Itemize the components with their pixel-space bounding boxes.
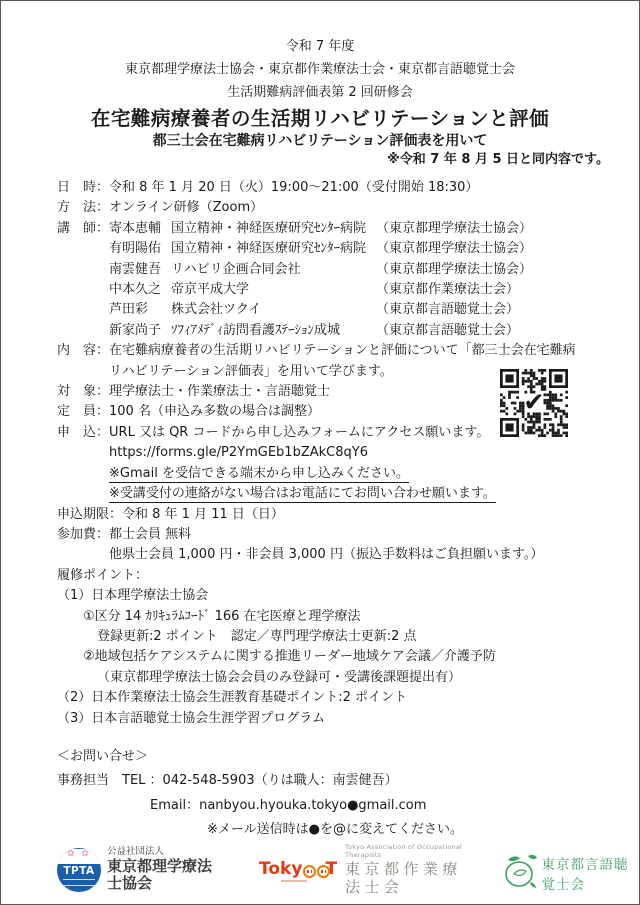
page-subtitle: 都三士会在宅難病リハビリテーション評価表を用いて bbox=[1, 132, 639, 151]
points-item: ②地域包括ケアシステムに関する推進リーダー地域ケア会議／介護予防 bbox=[57, 647, 613, 667]
ot-micro-caption bbox=[281, 880, 307, 882]
contact-heading: ＜お問い合せ＞ bbox=[57, 745, 639, 769]
fiscal-year: 令和 7 年度 bbox=[1, 35, 639, 58]
indent-spacer bbox=[57, 260, 109, 280]
fee-member: 都士会員 無料 bbox=[109, 527, 191, 542]
method-label: 方 法： bbox=[57, 200, 109, 215]
lecturer-name: 南雲健吾 bbox=[109, 260, 171, 280]
deadline-label: 申込期限： bbox=[57, 507, 122, 522]
fee-row: 参加費：都士会員 無料 bbox=[57, 525, 613, 545]
ot-org-name-en: Tokyo Association of Occupational Therap… bbox=[345, 844, 473, 860]
method-value: オンライン研修（Zoom） bbox=[109, 200, 263, 215]
series-name: 生活期難病評価表第 2 回研修会 bbox=[1, 81, 639, 104]
lecturer-name: 有明陽佑 bbox=[109, 239, 171, 259]
lecturer-org: 帝京平成大学 bbox=[171, 280, 376, 300]
datetime-value: 令和 8 年 1 月 20 日（火）19:00～21:00（受付開始 18:30… bbox=[109, 180, 478, 195]
points-item: （2）日本作業療法士協会生涯教育基礎ポイント:2 ポイント bbox=[57, 688, 613, 708]
datetime-row: 日 時：令和 8 年 1 月 20 日（火）19:00～21:00（受付開始 1… bbox=[57, 178, 613, 198]
datetime-label: 日 時： bbox=[57, 180, 109, 195]
points-item: 登録更新:2 ポイント 認定／専門理学療法士更新:2 点 bbox=[57, 627, 613, 647]
apply-note-gmail: ※Gmail を受信できる端末から申し込みください。 bbox=[57, 464, 613, 484]
lecturer-name: 寄本恵輔 bbox=[109, 219, 171, 239]
lecturer-org: 国立精神・神経医療研究ｾﾝﾀｰ病院 bbox=[171, 219, 376, 239]
lecturer-name: 芦田彩 bbox=[109, 300, 171, 320]
target-value: 理学療法士・作業療法士・言語聴覚士 bbox=[109, 384, 330, 399]
lecturer-name: 中本久之 bbox=[109, 280, 171, 300]
points-heading: 履修ポイント： bbox=[57, 566, 613, 586]
same-content-note: ※令和 7 年 8 月 5 日と同内容です。 bbox=[1, 151, 639, 169]
lecturer-affiliation: （東京都言語聴覚士会） bbox=[376, 300, 519, 320]
lecturer-row: 芦田彩 株式会社ツクイ （東京都言語聴覚士会） bbox=[57, 300, 613, 320]
tpta-badge-text: TPTA bbox=[57, 865, 101, 877]
lecturer-row: 南雲健吾 リハビリ企画合同会社 （東京都理学療法士協会） bbox=[57, 260, 613, 280]
badge-stripes bbox=[63, 879, 95, 886]
deadline-row: 申込期限：令和 8 年 1 月 11 日（日） bbox=[57, 505, 613, 525]
lecturer-affiliation: （東京都理学療法士協会） bbox=[376, 260, 532, 280]
lecturer-affiliation: （東京都言語聴覚士会） bbox=[376, 321, 519, 341]
lecturer-row: 有明陽佑 国立精神・神経医療研究ｾﾝﾀｰ病院 （東京都理学療法士協会） bbox=[57, 239, 613, 259]
flyer-page: 令和 7 年度 東京都理学療法士協会・東京都作業療法士会・東京都言語聴覚士会 生… bbox=[0, 0, 640, 905]
ot-association-logo: Toky T Tokyo Association of Occupational… bbox=[259, 844, 473, 896]
fee-label: 参加費： bbox=[57, 527, 109, 542]
points-item: （3）日本言語聴覚士協会生涯学習プログラム bbox=[57, 709, 613, 729]
tokyoot-logo-icon: Toky T bbox=[259, 861, 337, 878]
email-value: nanbyou.hyouka.tokyo●gmail.com bbox=[199, 798, 426, 813]
method-row: 方 法：オンライン研修（Zoom） bbox=[57, 198, 613, 218]
cherry-blossom-icon: ✿ ✿ bbox=[57, 849, 101, 864]
lecturer-row: 中本久之 帝京平成大学 （東京都作業療法士会） bbox=[57, 280, 613, 300]
target-label: 対 象： bbox=[57, 384, 109, 399]
apply-value: URL 又は QR コードから申し込みフォームにアクセス願います。 bbox=[109, 425, 489, 440]
footer-logos: ✿ ✿ TPTA 公益社団法人 東京都理学療法士協会 Toky T Tokyo … bbox=[1, 844, 640, 896]
lecturer-org: ｿﾌｨｱﾒﾃﾞｨ訪問看護ｽﾃｰｼｮﾝ成城 bbox=[171, 321, 376, 341]
pt-text: 公益社団法人 東京都理学療法士協会 bbox=[107, 847, 221, 892]
body: 日 時：令和 8 年 1 月 20 日（火）19:00～21:00（受付開始 1… bbox=[1, 178, 639, 729]
ot-org-name: 東京都作業療法士会 bbox=[345, 860, 473, 896]
lecturer-org: 株式会社ツクイ bbox=[171, 300, 376, 320]
indent-spacer bbox=[57, 321, 109, 341]
points-item: ①区分 14 ｶﾘｷｭﾗﾑｺｰﾄﾞ 166 在宅医療と理学療法 bbox=[57, 607, 613, 627]
st-association-logo: 東京都言語聴覚士会 bbox=[500, 847, 640, 893]
page-title: 在宅難病療養者の生活期リハビリテーションと評価 bbox=[1, 106, 639, 132]
lecturer-row: 講 師： 寄本恵輔 国立精神・神経医療研究ｾﾝﾀｰ病院 （東京都理学療法士協会） bbox=[57, 219, 613, 239]
content-row: 内 容：在宅難病療養者の生活期リハビリテーションと評価について「都三士会在宅難病 bbox=[57, 341, 613, 361]
indent-spacer bbox=[57, 300, 109, 320]
st-bird-logo-icon bbox=[500, 848, 540, 892]
ot-text: Tokyo Association of Occupational Therap… bbox=[345, 844, 473, 896]
content-text: 在宅難病療養者の生活期リハビリテーションと評価について「都三士会在宅難病 bbox=[109, 343, 576, 358]
deadline-value: 令和 8 年 1 月 11 日（日） bbox=[122, 507, 284, 522]
pt-org-name: 東京都理学療法士協会 bbox=[107, 858, 221, 893]
pt-association-logo: ✿ ✿ TPTA 公益社団法人 東京都理学療法士協会 bbox=[57, 847, 221, 892]
lecturer-affiliation: （東京都理学療法士協会） bbox=[376, 219, 532, 239]
fee-row-cont: 他県士会員 1,000 円・非会員 3,000 円（振込手数料はご負担願います。… bbox=[57, 545, 613, 565]
lecturer-org: 国立精神・神経医療研究ｾﾝﾀｰ病院 bbox=[171, 239, 376, 259]
header: 令和 7 年度 東京都理学療法士協会・東京都作業療法士会・東京都言語聴覚士会 生… bbox=[1, 1, 639, 169]
points-item: （1）日本理学療法士協会 bbox=[57, 586, 613, 606]
capacity-value: 100 名（申込み多数の場合は調整） bbox=[109, 404, 320, 419]
indent-spacer bbox=[57, 280, 109, 300]
contact-email: Email：nanbyou.hyouka.tokyo●gmail.com bbox=[57, 794, 639, 818]
lecturer-affiliation: （東京都理学療法士協会） bbox=[376, 239, 532, 259]
qr-code: ✔ bbox=[500, 369, 568, 437]
content-label: 内 容： bbox=[57, 343, 109, 358]
tpta-logo-icon: ✿ ✿ TPTA bbox=[57, 848, 101, 892]
apply-label: 申 込： bbox=[57, 425, 109, 440]
lecturer-label: 講 師： bbox=[57, 219, 109, 239]
apply-url[interactable]: https://forms.gle/P2YmGEb1bZAkC8qY6 bbox=[57, 443, 613, 463]
apply-note-phone: ※受講受付の連絡がない場合はお電話にてお問い合わせ願います。 bbox=[57, 484, 613, 504]
organizers: 東京都理学療法士協会・東京都作業療法士会・東京都言語聴覚士会 bbox=[1, 58, 639, 81]
lecturer-row: 新家尚子 ｿﾌｨｱﾒﾃﾞｨ訪問看護ｽﾃｰｼｮﾝ成城 （東京都言語聴覚士会） bbox=[57, 321, 613, 341]
contact-email-note: ※メール送信時は●を@に変えてください。 bbox=[57, 818, 639, 842]
ot-face-icon bbox=[303, 865, 316, 878]
check-icon: ✔ bbox=[523, 387, 544, 417]
email-label: Email： bbox=[150, 798, 199, 813]
lecturer-affiliation: （東京都作業療法士会） bbox=[376, 280, 519, 300]
indent-spacer bbox=[57, 239, 109, 259]
points-item: （東京都理学療法士協会会員のみ登録可・受講後課題提出有） bbox=[57, 668, 613, 688]
lecturer-org: リハビリ企画合同会社 bbox=[171, 260, 376, 280]
lecturer-name: 新家尚子 bbox=[109, 321, 171, 341]
capacity-label: 定 員： bbox=[57, 404, 109, 419]
contact-tel: 事務担当 TEL ：042-548-5903（りは職人：南雲健吾） bbox=[57, 769, 639, 793]
contact-section: ＜お問い合せ＞ 事務担当 TEL ：042-548-5903（りは職人：南雲健吾… bbox=[1, 745, 639, 842]
st-org-name: 東京都言語聴覚士会 bbox=[542, 853, 640, 893]
ot-logo-text: Toky bbox=[259, 861, 302, 878]
